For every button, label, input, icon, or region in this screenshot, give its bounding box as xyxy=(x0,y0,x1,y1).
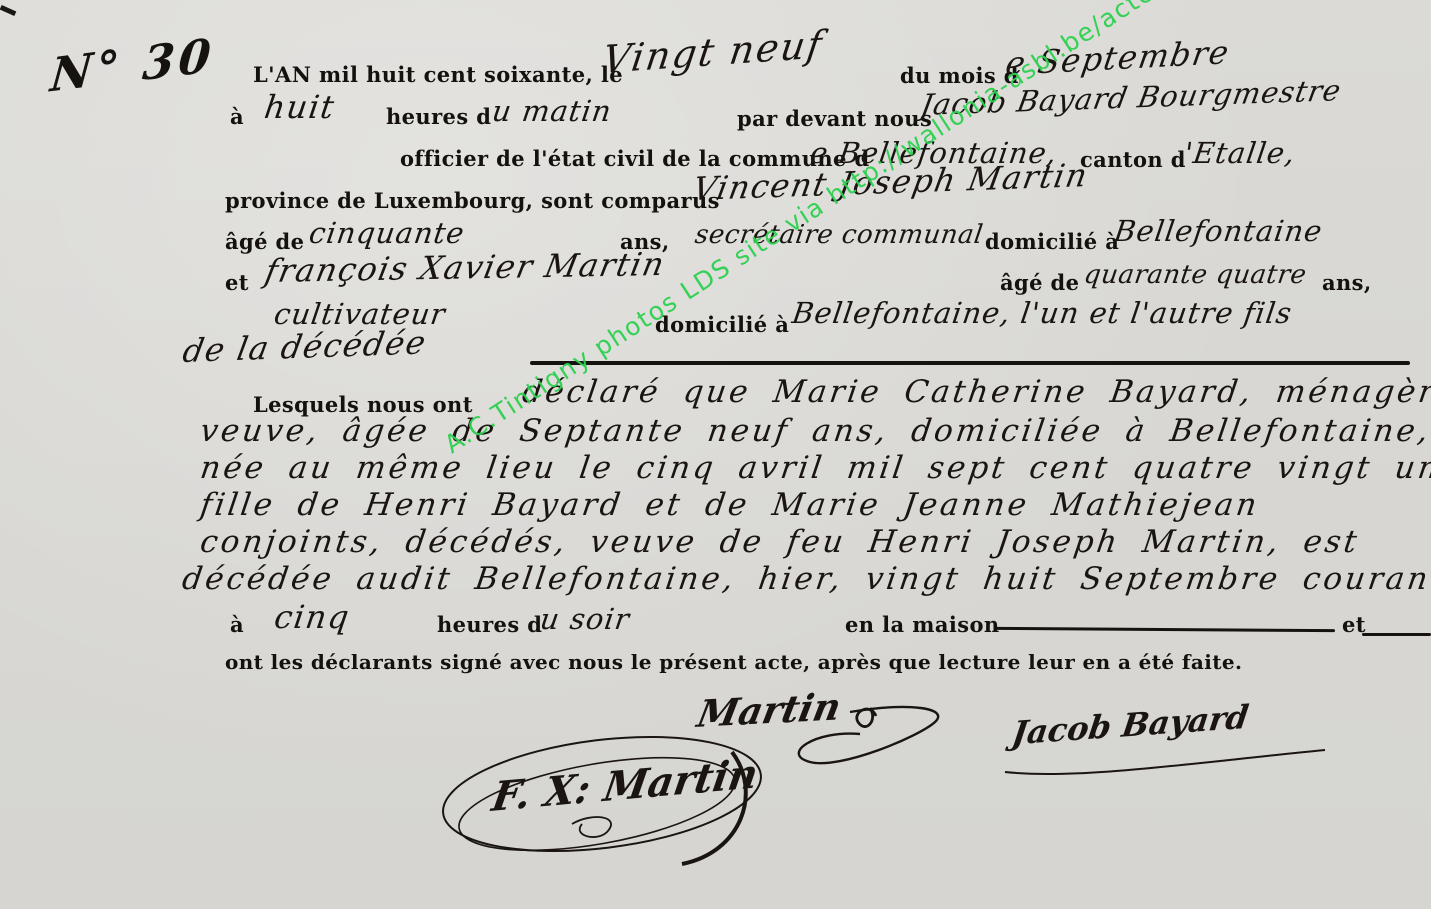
line7-hand-residence-relation: Bellefontaine, l'un et l'autre fils xyxy=(790,296,1294,330)
line15-printed-heures: heures d xyxy=(437,612,542,637)
line5-printed-domicilie: domicilié à xyxy=(985,229,1119,254)
line15-printed-maison: en la maison xyxy=(845,612,1000,637)
line6-printed-ans: ans, xyxy=(1322,270,1372,295)
line2-hand-hour: huit xyxy=(262,88,338,126)
line15-printed-a: à xyxy=(230,612,244,637)
line9-hand-declaration: déclaré que Marie Catherine Bayard, ména… xyxy=(520,374,1431,410)
line6-hand-declarant2-name: françois Xavier Martin xyxy=(262,245,669,290)
line6-printed-et: et xyxy=(225,270,249,295)
line8-hand-de-la-decedee: de la décédée xyxy=(180,323,430,370)
line2-printed-heures: heures d xyxy=(386,104,491,129)
signature-jacob-bayard-flourish xyxy=(1000,742,1330,782)
line13-hand: conjoints, décédés, veuve de feu Henri J… xyxy=(198,524,1362,560)
scan-edge-mark xyxy=(0,5,16,16)
line16-printed-closing: ont les déclarants signé avec nous le pr… xyxy=(225,650,1242,674)
line10-hand: veuve, âgée de Septante neuf ans, domici… xyxy=(198,413,1431,449)
blank-line-rule-maison xyxy=(995,627,1335,632)
line15-hand-hour: cinq xyxy=(272,598,353,636)
line6-hand-age: quarante quatre xyxy=(1082,260,1309,290)
line6-printed-age: âgé de xyxy=(1000,270,1079,295)
line4-printed-province: province de Luxembourg, sont comparus xyxy=(225,188,720,213)
line3-hand-canton: 'Etalle, xyxy=(1182,136,1298,170)
blank-line-rule-top xyxy=(530,361,1410,365)
line2-printed-devant-nous: par devant nous xyxy=(737,106,932,131)
line5-printed-age: âgé de xyxy=(225,229,304,254)
line1-printed-year: L'AN mil huit cent soixante, le xyxy=(253,62,623,87)
line2-printed-a: à xyxy=(230,104,244,129)
record-number: N° 30 xyxy=(48,27,217,102)
line5-hand-age: cinquante xyxy=(307,216,467,250)
blank-line-rule-right xyxy=(1362,633,1431,636)
line5-hand-residence: Bellefontaine xyxy=(1112,214,1325,248)
line2-hand-matin: u matin xyxy=(490,94,614,128)
death-record-page: N° 30 L'AN mil huit cent soixante, le Vi… xyxy=(0,0,1431,909)
line12-hand: fille de Henri Bayard et de Marie Jeanne… xyxy=(198,487,1262,523)
line1-hand-day: Vingt neuf xyxy=(600,22,826,82)
line15-hand-soir: u soir xyxy=(538,602,632,636)
line14-hand: décédée audit Bellefontaine, hier, vingt… xyxy=(180,561,1431,597)
signature-fx-martin-flourish xyxy=(432,732,772,872)
line3-printed-canton: canton d xyxy=(1080,147,1186,172)
line11-hand: née au même lieu le cinq avril mil sept … xyxy=(198,450,1431,486)
